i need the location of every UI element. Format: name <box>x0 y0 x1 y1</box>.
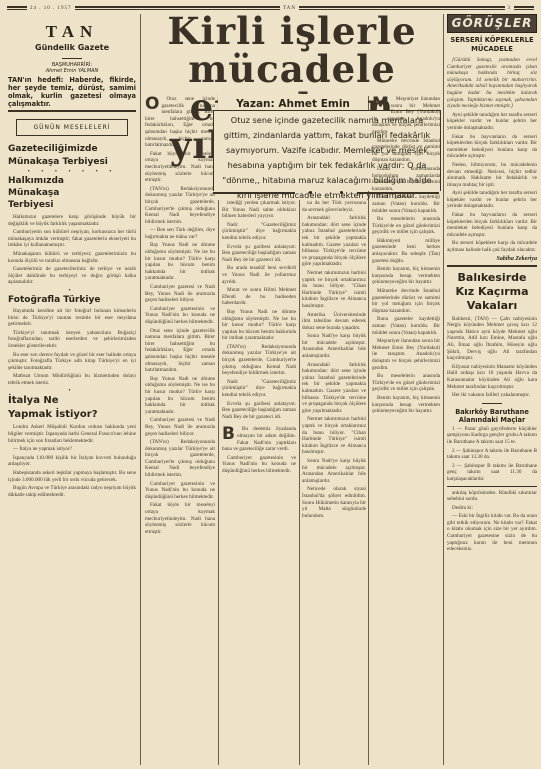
article-subheadline: Halkımızda Münakaşa Terbiyesi <box>8 175 88 211</box>
paragraph: Neticede olarak siyasi İstanbul'da şöhre… <box>302 486 366 519</box>
paragraph: Türkiye'yi tanıtmak isteyen yabancılara … <box>8 330 136 350</box>
paragraph: Meşrutiyet ilanından sonra bir Mehmet Em… <box>372 338 440 371</box>
paragraph: Bu serseri köpeklere karşı da mücadele a… <box>447 240 537 253</box>
paragraph: Bu meselelerin arasında Türkiye'de en gü… <box>372 373 440 393</box>
page-number: 3 <box>508 6 512 11</box>
paragraph: (TAN'ın) Redaksiyonunda dokunmuş yazılar… <box>145 186 215 226</box>
paragraph: Cumhuriyet gazetesinin ve Yunus Nadi'nin… <box>145 306 215 326</box>
paragraph: Habeşistanda askeri teşkilat yapmaya baş… <box>8 470 136 483</box>
paragraph: ankılaş köprüsünden. Ründüki sıkıntılar … <box>447 490 537 503</box>
article-headline: Balıkesirde Kız Kaçırma Vakaları <box>447 271 537 313</box>
paragraph: Bay Yunus Nadi ne dönme olduğumu söylemi… <box>222 309 296 342</box>
main-article-column-3: na da her Türk yavrusuna da sevmek görev… <box>302 200 366 766</box>
paragraph: Fakat böyle bir meseleyi ortaya koymak m… <box>145 502 215 535</box>
paragraph: Bay Yunus Nadi ne dönme olduğumu söylemi… <box>145 242 215 282</box>
paragraph: Evvela şu garibesi anlatayım: Ben gazete… <box>222 244 296 264</box>
main-article-column-1: O Otuz sene içinde gazetecilik namına me… <box>145 96 215 766</box>
paragraph: Cumhuriyet gazetesi ve Nadi Bey, Yunus N… <box>145 417 215 437</box>
right-column: GÖRÜŞLER SERSERİ KÖPEKLERLE MÜCADELE [Gü… <box>447 14 537 766</box>
article-headline: Bakırköy Baruthane Alanındaki Maçlar <box>447 408 537 424</box>
paragraph: Bu arada tesadüf beni sevdirdi ve Yunus … <box>222 265 296 285</box>
paragraph: Mütareke devrinde İstanbul gazetelerinde… <box>372 288 440 314</box>
paragraph: Dedim ki: <box>447 505 537 512</box>
drop-cap: O <box>145 97 159 112</box>
paragraph: Neden, bilmiyorum, bu mücadelenin devam … <box>447 162 537 188</box>
paragraph: Mütareke devrinde İstanbul gazetelerinde… <box>372 138 440 164</box>
paragraph: Benim hayatım, hiç kimsenin karşısında h… <box>372 395 440 415</box>
paragraph: Amerika Üniversitesinde ilim tahsiline d… <box>302 312 366 332</box>
paragraph: Londra Askeri Müşahidi Kordon ordusu hak… <box>8 424 136 444</box>
paragraph: 1 — Pazar günü gayrifederre küçükler şam… <box>447 426 537 446</box>
article-signature: Sabiha Zekeriya <box>447 256 537 262</box>
paragraph: — Eski bir İngiliz kitabı var. Bu da onu… <box>447 513 537 553</box>
paragraph: Cumhuriyet gazetesi ve Nadi Bey, Yunus N… <box>145 284 215 304</box>
paragraph: Murat ve sonra Hilmi Mehmet Efendi de bu… <box>222 287 296 307</box>
paragraph: Arasındaki farklılık bakımından: dört se… <box>302 215 366 268</box>
newspaper-page: 24 . 10 . 1957 TAN 3 TAN Gündelik Gazete… <box>0 0 541 769</box>
paragraph: Balıkesir, (TAN) — Çaltı nahiyesinin Ner… <box>447 316 537 362</box>
paragraph: Nermet takımımızın harbini yaptık ve bir… <box>302 416 366 456</box>
paragraph: Nadi: "Gazeteciliğimiz çürümüştür" diye … <box>222 222 296 242</box>
intro-paragraph: [Gürültü Sokagı, yazmadan evvel Cumhuriy… <box>447 57 537 110</box>
paragraph: Nermet takımımızın harbini yaptık ve bir… <box>302 270 366 310</box>
paragraph: Ayni şekilde tanıdığım her tarafta serse… <box>447 190 537 210</box>
paragraph: — İtalya ne yapmak istiyor? <box>8 446 136 453</box>
paragraph: Hayatında kendine ait bir fotoğraf bulun… <box>8 308 136 328</box>
newspaper-motto: TAN'ın hedefi: Haberde, fikirde, her şey… <box>8 76 136 108</box>
masthead-title: TAN <box>8 22 136 42</box>
paragraph: na da her Türk yavrusuna da sevmek görev… <box>302 200 366 213</box>
drop-cap: M <box>372 97 389 112</box>
paragraph: Ayni şekilde tanıdığım her tarafta serse… <box>447 112 537 132</box>
masthead-subtitle: Gündelik Gazete <box>8 43 136 52</box>
paragraph: Sonra Nadi'ye karşı büyük bir mücadele a… <box>302 333 366 359</box>
paragraph: Matbuat Umum Müdürlüğünü bu hizmetinden … <box>8 373 136 386</box>
paragraph: Halkımızın gazetelere karşı görüşünde bü… <box>8 214 136 227</box>
paragraph: Bugün Avrupa ve Türkiye arasındaki radyo… <box>8 485 136 498</box>
paragraph: Münakaşanın kültürü ve terbiyesi; gazete… <box>8 251 136 264</box>
left-column: TAN Gündelik Gazete BAŞMUHARRİRİ: Ahmet … <box>8 8 136 768</box>
paragraph: Bu meselelerin arasında Türkiye'de en gü… <box>372 216 440 236</box>
main-article-column-4: M Meşrutiyet ilanından sonra bir Mehmet … <box>372 96 440 766</box>
article-headline: İtalya Ne Yapmak İstiyor? <box>8 394 104 422</box>
paragraph: Cumhuriyetin son kültürel neşriyatı, kor… <box>8 229 136 249</box>
paragraph: Evvela şu garibesi anlatayım: Ben gazete… <box>222 401 296 421</box>
paragraph: Hâkimiyeti milliye gazetesinde beni herk… <box>372 238 440 264</box>
article-headline: Fotoğrafla Türkiye <box>8 294 136 306</box>
paragraph: Gazetelerimiz de gazetecilerimiz de terb… <box>8 266 136 286</box>
editor-name: Ahmet Emin YALMAN <box>8 68 136 74</box>
article-headline: SERSERİ KÖPEKLERLE MÜCADELE <box>447 36 537 54</box>
paragraph: 2 — Şahinspor A takımı ile Baruthane B t… <box>447 448 537 461</box>
section-label: GÜNÜN MESELELERİ <box>16 119 128 136</box>
paragraph: Bunu gazeteler kaydettiği zaman (Vatan) … <box>372 194 440 214</box>
paragraph: Cumhuriyet gazetesinin ve Yunus Nadi'nin… <box>145 481 215 501</box>
paragraph: Bu eser son derece faydalı ve güzel bir … <box>8 352 136 372</box>
paragraph: Otuz sene içinde gazetecilik namına menf… <box>145 328 215 374</box>
section-title-gorusler: GÖRÜŞLER <box>447 14 537 33</box>
paragraph: Her iki vakanın failleri yakalanmıştır. <box>447 392 537 399</box>
article-headline: Gazeteciliğimizde Münakaşa Terbiyesi <box>8 143 136 169</box>
headline-line-1: Kirli işlerle mücadele <box>144 12 440 88</box>
paragraph: — Ben sen Türk değilim, diye bağırmakta … <box>145 227 215 240</box>
paragraph: 3 — Şahinspor B takımı ile Baruthane gen… <box>447 463 537 483</box>
main-article-column-2: istediği yerden çıkarmak istiyor. Bir Yu… <box>222 200 296 766</box>
paragraph: (TAN'ın) Redaksiyonunda dokunmuş yazılar… <box>222 344 296 377</box>
paragraph: Fakat bu hayvanların da serseri köpekler… <box>447 134 537 160</box>
drop-cap: B <box>222 427 235 442</box>
paragraph: Kilyasar nahiyesinin Manastır köyünden H… <box>447 364 537 390</box>
paragraph: İspanyada 110.000 kişilik bir İtalyan ku… <box>8 455 136 468</box>
paragraph: Bunu gazeteler kaydettiği zaman (Vatan) … <box>372 316 440 336</box>
paragraph: Bay Yunus Nadi ne dönme olduğumu söylemi… <box>145 376 215 416</box>
paragraph: Nadi: "Gazeteciliğimiz çürümüştür" diye … <box>222 379 296 399</box>
paragraph: (TAN'ın) Redaksiyonunda dokunmuş yazılar… <box>145 439 215 479</box>
paragraph: Fakat böyle bir meseleyi ortaya koymak m… <box>145 151 215 184</box>
paragraph: Lozan konferansında bulunduğum zamanlard… <box>372 166 440 192</box>
paragraph: istediği yerden çıkarmak istiyor. Bir Yu… <box>222 200 296 220</box>
paragraph: Arasındaki farklılık bakımından: dört se… <box>302 362 366 415</box>
paragraph: Benim hayatım, hiç kimsenin karşısında h… <box>372 266 440 286</box>
paragraph: Fakat bu hayvanların da serseri köpekler… <box>447 212 537 238</box>
paragraph: Sonra Nadi'ye karşı büyük bir mücadele a… <box>302 458 366 484</box>
paragraph: Cumhuriyet gazetesinin ve Yunus Nadi'nin… <box>222 455 296 475</box>
